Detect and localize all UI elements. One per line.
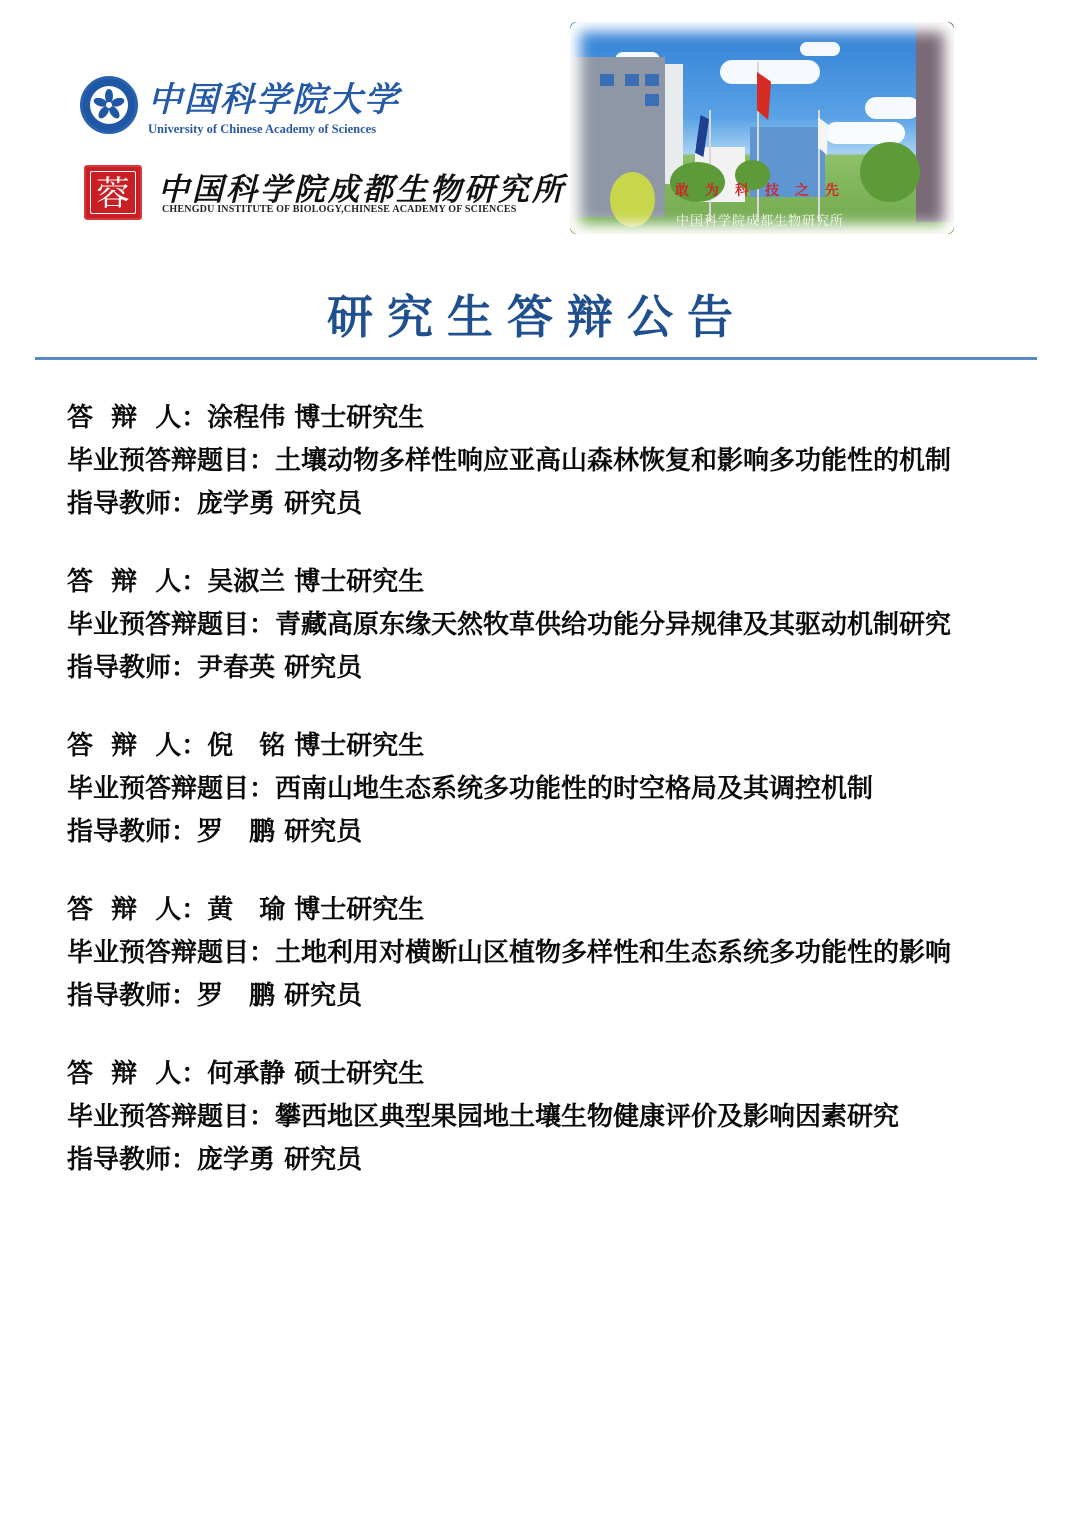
defender-name: 吴淑兰: [207, 567, 285, 597]
topic-text: 土壤动物多样性响应亚高山森林恢复和影响多功能性的机制: [275, 446, 951, 476]
advisor-title: 研究员: [284, 489, 362, 519]
ucas-name-en: University of Chinese Academy of Science…: [148, 122, 376, 137]
defender-label: 答 辩 人：: [67, 403, 207, 433]
advisor-name: 罗 鹏: [197, 817, 275, 847]
cib-seal-icon: 蓉: [84, 165, 142, 220]
degree: 硕士研究生: [294, 1059, 424, 1089]
advisor-name: 庞学勇: [197, 1145, 275, 1175]
topic-line: 毕业预答辩题目：西南山地生态系统多功能性的时空格局及其调控机制: [67, 771, 982, 807]
topic-label: 毕业预答辩题目：: [67, 774, 275, 804]
defender-label: 答 辩 人：: [67, 567, 207, 597]
defender-line: 答 辩 人：何承静 硕士研究生: [67, 1056, 982, 1092]
flower-icon: [92, 88, 126, 122]
advisor-title: 研究员: [284, 653, 362, 683]
defender-label: 答 辩 人：: [67, 1059, 207, 1089]
defense-entry: 答 辩 人：吴淑兰 博士研究生 毕业预答辩题目：青藏高原东缘天然牧草供给功能分异…: [67, 564, 982, 686]
defender-line: 答 辩 人：涂程伟 博士研究生: [67, 400, 982, 436]
advisor-label: 指导教师：: [67, 653, 197, 683]
page-title: 研究生答辩公告: [0, 282, 1074, 352]
advisor-title: 研究员: [284, 1145, 362, 1175]
degree: 博士研究生: [294, 895, 424, 925]
advisor-line: 指导教师：罗 鹏 研究员: [67, 978, 982, 1014]
title-divider: [35, 357, 1037, 360]
topic-label: 毕业预答辩题目：: [67, 1102, 275, 1132]
defender-label: 答 辩 人：: [67, 731, 207, 761]
defender-line: 答 辩 人：吴淑兰 博士研究生: [67, 564, 982, 600]
topic-text: 西南山地生态系统多功能性的时空格局及其调控机制: [275, 774, 873, 804]
ucas-name-cn: 中国科学院大学: [148, 72, 400, 121]
topic-text: 青藏高原东缘天然牧草供给功能分异规律及其驱动机制研究: [275, 610, 951, 640]
ucas-emblem-icon: [80, 76, 138, 134]
degree: 博士研究生: [294, 403, 424, 433]
advisor-label: 指导教师：: [67, 489, 197, 519]
advisor-label: 指导教师：: [67, 1145, 197, 1175]
topic-label: 毕业预答辩题目：: [67, 610, 275, 640]
advisor-line: 指导教师：庞学勇 研究员: [67, 1142, 982, 1178]
topic-line: 毕业预答辩题目：攀西地区典型果园地土壤生物健康评价及影响因素研究: [67, 1099, 982, 1135]
topic-text: 土地利用对横断山区植物多样性和生态系统多功能性的影响: [275, 938, 951, 968]
defender-name: 何承静: [207, 1059, 285, 1089]
topic-text: 攀西地区典型果园地土壤生物健康评价及影响因素研究: [275, 1102, 899, 1132]
cib-name-en: CHENGDU INSTITUTE OF BIOLOGY,CHINESE ACA…: [162, 204, 517, 215]
advisor-line: 指导教师：罗 鹏 研究员: [67, 814, 982, 850]
advisor-line: 指导教师：庞学勇 研究员: [67, 486, 982, 522]
advisor-name: 尹春英: [197, 653, 275, 683]
cib-logo: 蓉 中国科学院成都生物研究所 CHENGDU INSTITUTE OF BIOL…: [84, 162, 544, 224]
seal-glyph: 蓉: [90, 171, 136, 214]
defender-label: 答 辩 人：: [67, 895, 207, 925]
topic-label: 毕业预答辩题目：: [67, 938, 275, 968]
cib-name-cn: 中国科学院成都生物研究所: [158, 164, 566, 209]
advisor-name: 罗 鹏: [197, 981, 275, 1011]
degree: 博士研究生: [294, 567, 424, 597]
advisor-title: 研究员: [284, 981, 362, 1011]
advisor-label: 指导教师：: [67, 981, 197, 1011]
ucas-logo: 中国科学院大学 University of Chinese Academy of…: [80, 72, 400, 142]
advisor-label: 指导教师：: [67, 817, 197, 847]
topic-line: 毕业预答辩题目：土地利用对横断山区植物多样性和生态系统多功能性的影响: [67, 935, 982, 971]
defender-line: 答 辩 人：黄 瑜 博士研究生: [67, 892, 982, 928]
defense-entry: 答 辩 人：倪 铭 博士研究生 毕业预答辩题目：西南山地生态系统多功能性的时空格…: [67, 728, 982, 850]
defense-entry: 答 辩 人：黄 瑜 博士研究生 毕业预答辩题目：土地利用对横断山区植物多样性和生…: [67, 892, 982, 1014]
topic-line: 毕业预答辩题目：青藏高原东缘天然牧草供给功能分异规律及其驱动机制研究: [67, 607, 982, 643]
defense-list: 答 辩 人：涂程伟 博士研究生 毕业预答辩题目：土壤动物多样性响应亚高山森林恢复…: [67, 400, 982, 1220]
defender-name: 倪 铭: [207, 731, 285, 761]
topic-line: 毕业预答辩题目：土壤动物多样性响应亚高山森林恢复和影响多功能性的机制: [67, 443, 982, 479]
defense-entry: 答 辩 人：何承静 硕士研究生 毕业预答辩题目：攀西地区典型果园地土壤生物健康评…: [67, 1056, 982, 1178]
advisor-title: 研究员: [284, 817, 362, 847]
advisor-line: 指导教师：尹春英 研究员: [67, 650, 982, 686]
defender-name: 黄 瑜: [207, 895, 285, 925]
defender-name: 涂程伟: [207, 403, 285, 433]
topic-label: 毕业预答辩题目：: [67, 446, 275, 476]
advisor-name: 庞学勇: [197, 489, 275, 519]
campus-photo: 敢为科技之先 中国科学院成都生物研究所: [570, 22, 954, 234]
defender-line: 答 辩 人：倪 铭 博士研究生: [67, 728, 982, 764]
defense-entry: 答 辩 人：涂程伟 博士研究生 毕业预答辩题目：土壤动物多样性响应亚高山森林恢复…: [67, 400, 982, 522]
degree: 博士研究生: [294, 731, 424, 761]
